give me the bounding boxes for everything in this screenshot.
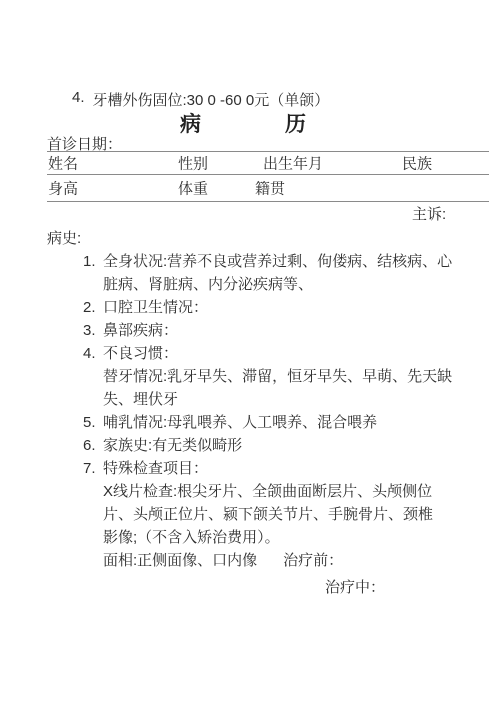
page-title-char-right: 历: [285, 108, 306, 138]
height-label: 身高: [48, 178, 78, 199]
weight-label: 体重: [178, 178, 208, 199]
history-item-7-line-1: 特殊检查项目：: [103, 457, 456, 480]
patient-info-row-2: 身高 体重 籍贯: [47, 175, 489, 202]
treatment-during-label: 治疗中：: [325, 576, 385, 597]
face-photo-text: 面相:正侧面像、口内像: [103, 549, 257, 572]
history-item-4-line-2: 替牙情况:乳牙早失、滞留，恒牙早失、早萌、先天缺: [103, 365, 456, 388]
patient-info-table: 姓名 性别 出生年月 民族 身高 体重 籍贯: [47, 151, 489, 202]
history-item-3-line-1: 鼻部疾病：: [103, 319, 456, 342]
history-item-6-text: 家族史:有无类似畸形: [103, 434, 456, 457]
history-item-5-line-1: 哺乳情况:母乳喂养、人工喂养、混合喂养: [103, 411, 456, 434]
ethnicity-label: 民族: [402, 153, 432, 174]
history-item-1-text: 全身状况:营养不良或营养过剩、佝偻病、结核病、心 脏病、肾脏病、内分泌疾病等、: [103, 250, 456, 296]
history-item-4-line-3: 失、埋伏牙: [103, 388, 456, 411]
prior-fee-item-number: 4.: [72, 89, 85, 110]
history-item-7: 7. 特殊检查项目： X线片检查:根尖牙片、全颌曲面断层片、头颅侧位 片、头颅正…: [83, 457, 456, 572]
page-title: 病 历: [180, 108, 306, 138]
prior-fee-list-item: 4. 牙槽外伤固位:30 0 -60 0元（单颌）: [72, 89, 329, 110]
history-item-3-text: 鼻部疾病：: [103, 319, 456, 342]
prior-fee-item-text: 牙槽外伤固位:30 0 -60 0元（单颌）: [93, 89, 330, 110]
history-item-6: 6. 家族史:有无类似畸形: [83, 434, 456, 457]
page-title-char-left: 病: [180, 108, 201, 138]
history-item-5: 5. 哺乳情况:母乳喂养、人工喂养、混合喂养: [83, 411, 456, 434]
history-item-7-text: 特殊检查项目： X线片检查:根尖牙片、全颌曲面断层片、头颅侧位 片、头颅正位片、…: [103, 457, 456, 572]
history-item-1-line-2: 脏病、肾脏病、内分泌疾病等、: [103, 273, 456, 296]
history-item-7-line-2: X线片检查:根尖牙片、全颌曲面断层片、头颅侧位: [103, 480, 456, 503]
history-item-3-number: 3.: [83, 319, 103, 342]
history-item-6-line-1: 家族史:有无类似畸形: [103, 434, 456, 457]
history-item-3: 3. 鼻部疾病：: [83, 319, 456, 342]
history-item-2-line-1: 口腔卫生情况：: [103, 296, 456, 319]
birth-date-label: 出生年月: [263, 153, 323, 174]
history-item-2-text: 口腔卫生情况：: [103, 296, 456, 319]
history-item-2: 2. 口腔卫生情况：: [83, 296, 456, 319]
chief-complaint-label: 主诉:: [412, 203, 446, 224]
history-item-1-number: 1.: [83, 250, 103, 296]
history-section-label: 病史:: [47, 227, 81, 248]
history-item-5-number: 5.: [83, 411, 103, 434]
history-item-7-line-5: 面相:正侧面像、口内像 治疗前：: [103, 549, 456, 572]
history-item-4: 4. 不良习惯： 替牙情况:乳牙早失、滞留，恒牙早失、早萌、先天缺 失、埋伏牙: [83, 342, 456, 411]
medical-record-page: 4. 牙槽外伤固位:30 0 -60 0元（单颌） 病 历 首诊日期： 姓名 性…: [0, 0, 500, 708]
history-item-2-number: 2.: [83, 296, 103, 319]
history-item-6-number: 6.: [83, 434, 103, 457]
history-item-4-number: 4.: [83, 342, 103, 411]
treatment-before-label: 治疗前：: [283, 549, 343, 572]
history-item-4-text: 不良习惯： 替牙情况:乳牙早失、滞留，恒牙早失、早萌、先天缺 失、埋伏牙: [103, 342, 456, 411]
name-label: 姓名: [48, 153, 78, 174]
patient-info-row-1: 姓名 性别 出生年月 民族: [47, 152, 489, 175]
history-list: 1. 全身状况:营养不良或营养过剩、佝偻病、结核病、心 脏病、肾脏病、内分泌疾病…: [83, 250, 456, 572]
history-item-5-text: 哺乳情况:母乳喂养、人工喂养、混合喂养: [103, 411, 456, 434]
history-item-4-line-1: 不良习惯：: [103, 342, 456, 365]
history-item-1: 1. 全身状况:营养不良或营养过剩、佝偻病、结核病、心 脏病、肾脏病、内分泌疾病…: [83, 250, 456, 296]
gender-label: 性别: [178, 153, 208, 174]
history-item-7-line-4: 影像;（不含入矫治费用）。: [103, 526, 456, 549]
history-item-7-number: 7.: [83, 457, 103, 572]
history-item-1-line-1: 全身状况:营养不良或营养过剩、佝偻病、结核病、心: [103, 250, 456, 273]
native-place-label: 籍贯: [255, 178, 285, 199]
history-item-7-line-3: 片、头颅正位片、颍下颌关节片、手腕骨片、颈椎: [103, 503, 456, 526]
